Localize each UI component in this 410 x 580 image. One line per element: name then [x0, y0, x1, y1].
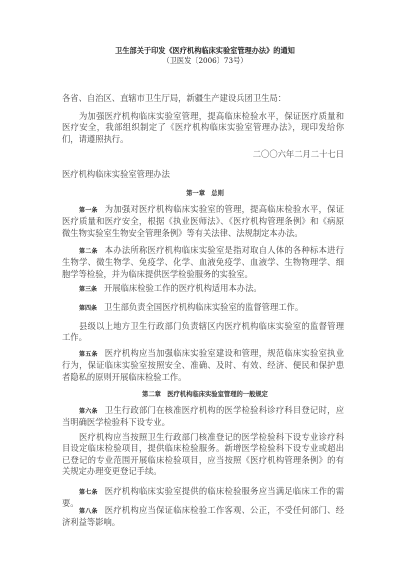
issue-date: 二〇〇六年二月二十七日 [62, 149, 344, 160]
article-1: 第一条为加强对医疗机构临床实验室的管理，提高临床检验水平，保证医疗质量和医疗安全… [62, 204, 344, 239]
article-3: 第三条开展临床检验工作的医疗机构适用本办法。 [62, 283, 344, 295]
article-text: 为加强对医疗机构临床实验室的管理，提高临床检验水平，保证医疗质量和医疗安全，根据… [62, 204, 344, 238]
article-text: 医疗机构应当保证临床检验工作客观、公正，不受任何部门、经济利益等影响。 [62, 505, 344, 527]
article-4: 第四条卫生部负责全国医疗机构临床实验室的监督管理工作。 [62, 302, 344, 314]
article-text: 开展临床检验工作的医疗机构适用本办法。 [104, 283, 262, 293]
article-2: 第二条本办法所称医疗机构临床实验室是指对取自人体的各种标本进行生物学、微生物学、… [62, 245, 344, 280]
article-label: 第五条 [79, 351, 98, 358]
notice-number: （卫医发〔2006〕73号） [0, 56, 410, 66]
chapter-1-heading: 第一章 总则 [0, 188, 410, 197]
addressee: 各省、自治区、直辖市卫生厅局，新疆生产建设兵团卫生局： [62, 93, 344, 104]
article-4-para-2: 县级以上地方卫生行政部门负责辖区内医疗机构临床实验室的监督管理工作。 [62, 321, 344, 344]
article-label: 第三条 [79, 286, 97, 293]
intro-paragraph: 为加强医疗机构临床实验室管理，提高临床检验水平，保证医疗质量和医疗安全，我部组织… [62, 111, 344, 145]
article-label: 第六条 [79, 408, 98, 415]
regulation-title: 医疗机构临床实验室管理办法 [62, 169, 344, 180]
article-text: 卫生行政部门在核准医疗机构的医学检验科诊疗科目登记时，应当明确医学检验科下设专业… [62, 405, 344, 427]
article-label: 第八条 [79, 508, 98, 515]
chapter-2-heading: 第二章 医疗机构临床实验室管理的一般规定 [0, 389, 410, 398]
article-6-para-2: 医疗机构应当按照卫生行政部门核准登记的医学检验科下设专业诊疗科目设定临床检验项目… [62, 432, 344, 478]
document-page: 卫生部关于印发《医疗机构临床实验室管理办法》的通知 （卫医发〔2006〕73号）… [0, 0, 410, 580]
article-text: 本办法所称医疗机构临床实验室是指对取自人体的各种标本进行生物学、微生物学、免疫学… [62, 245, 344, 279]
article-label: 第二条 [79, 248, 98, 255]
article-8: 第八条医疗机构应当保证临床检验工作客观、公正，不受任何部门、经济利益等影响。 [62, 505, 344, 529]
article-text: 卫生部负责全国医疗机构临床实验室的监督管理工作。 [104, 302, 303, 312]
article-5: 第五条医疗机构应当加强临床实验室建设和管理，规范临床实验室执业行为，保证临床实验… [62, 348, 344, 383]
article-label: 第四条 [79, 305, 97, 312]
article-6: 第六条卫生行政部门在核准医疗机构的医学检验科诊疗科目登记时，应当明确医学检验科下… [62, 405, 344, 429]
article-label: 第一条 [79, 207, 98, 214]
article-text: 医疗机构应当加强临床实验室建设和管理，规范临床实验室执业行为，保证临床实验室按照… [62, 348, 344, 382]
notice-title: 卫生部关于印发《医疗机构临床实验室管理办法》的通知 [0, 46, 410, 56]
article-label: 第七条 [79, 489, 98, 496]
